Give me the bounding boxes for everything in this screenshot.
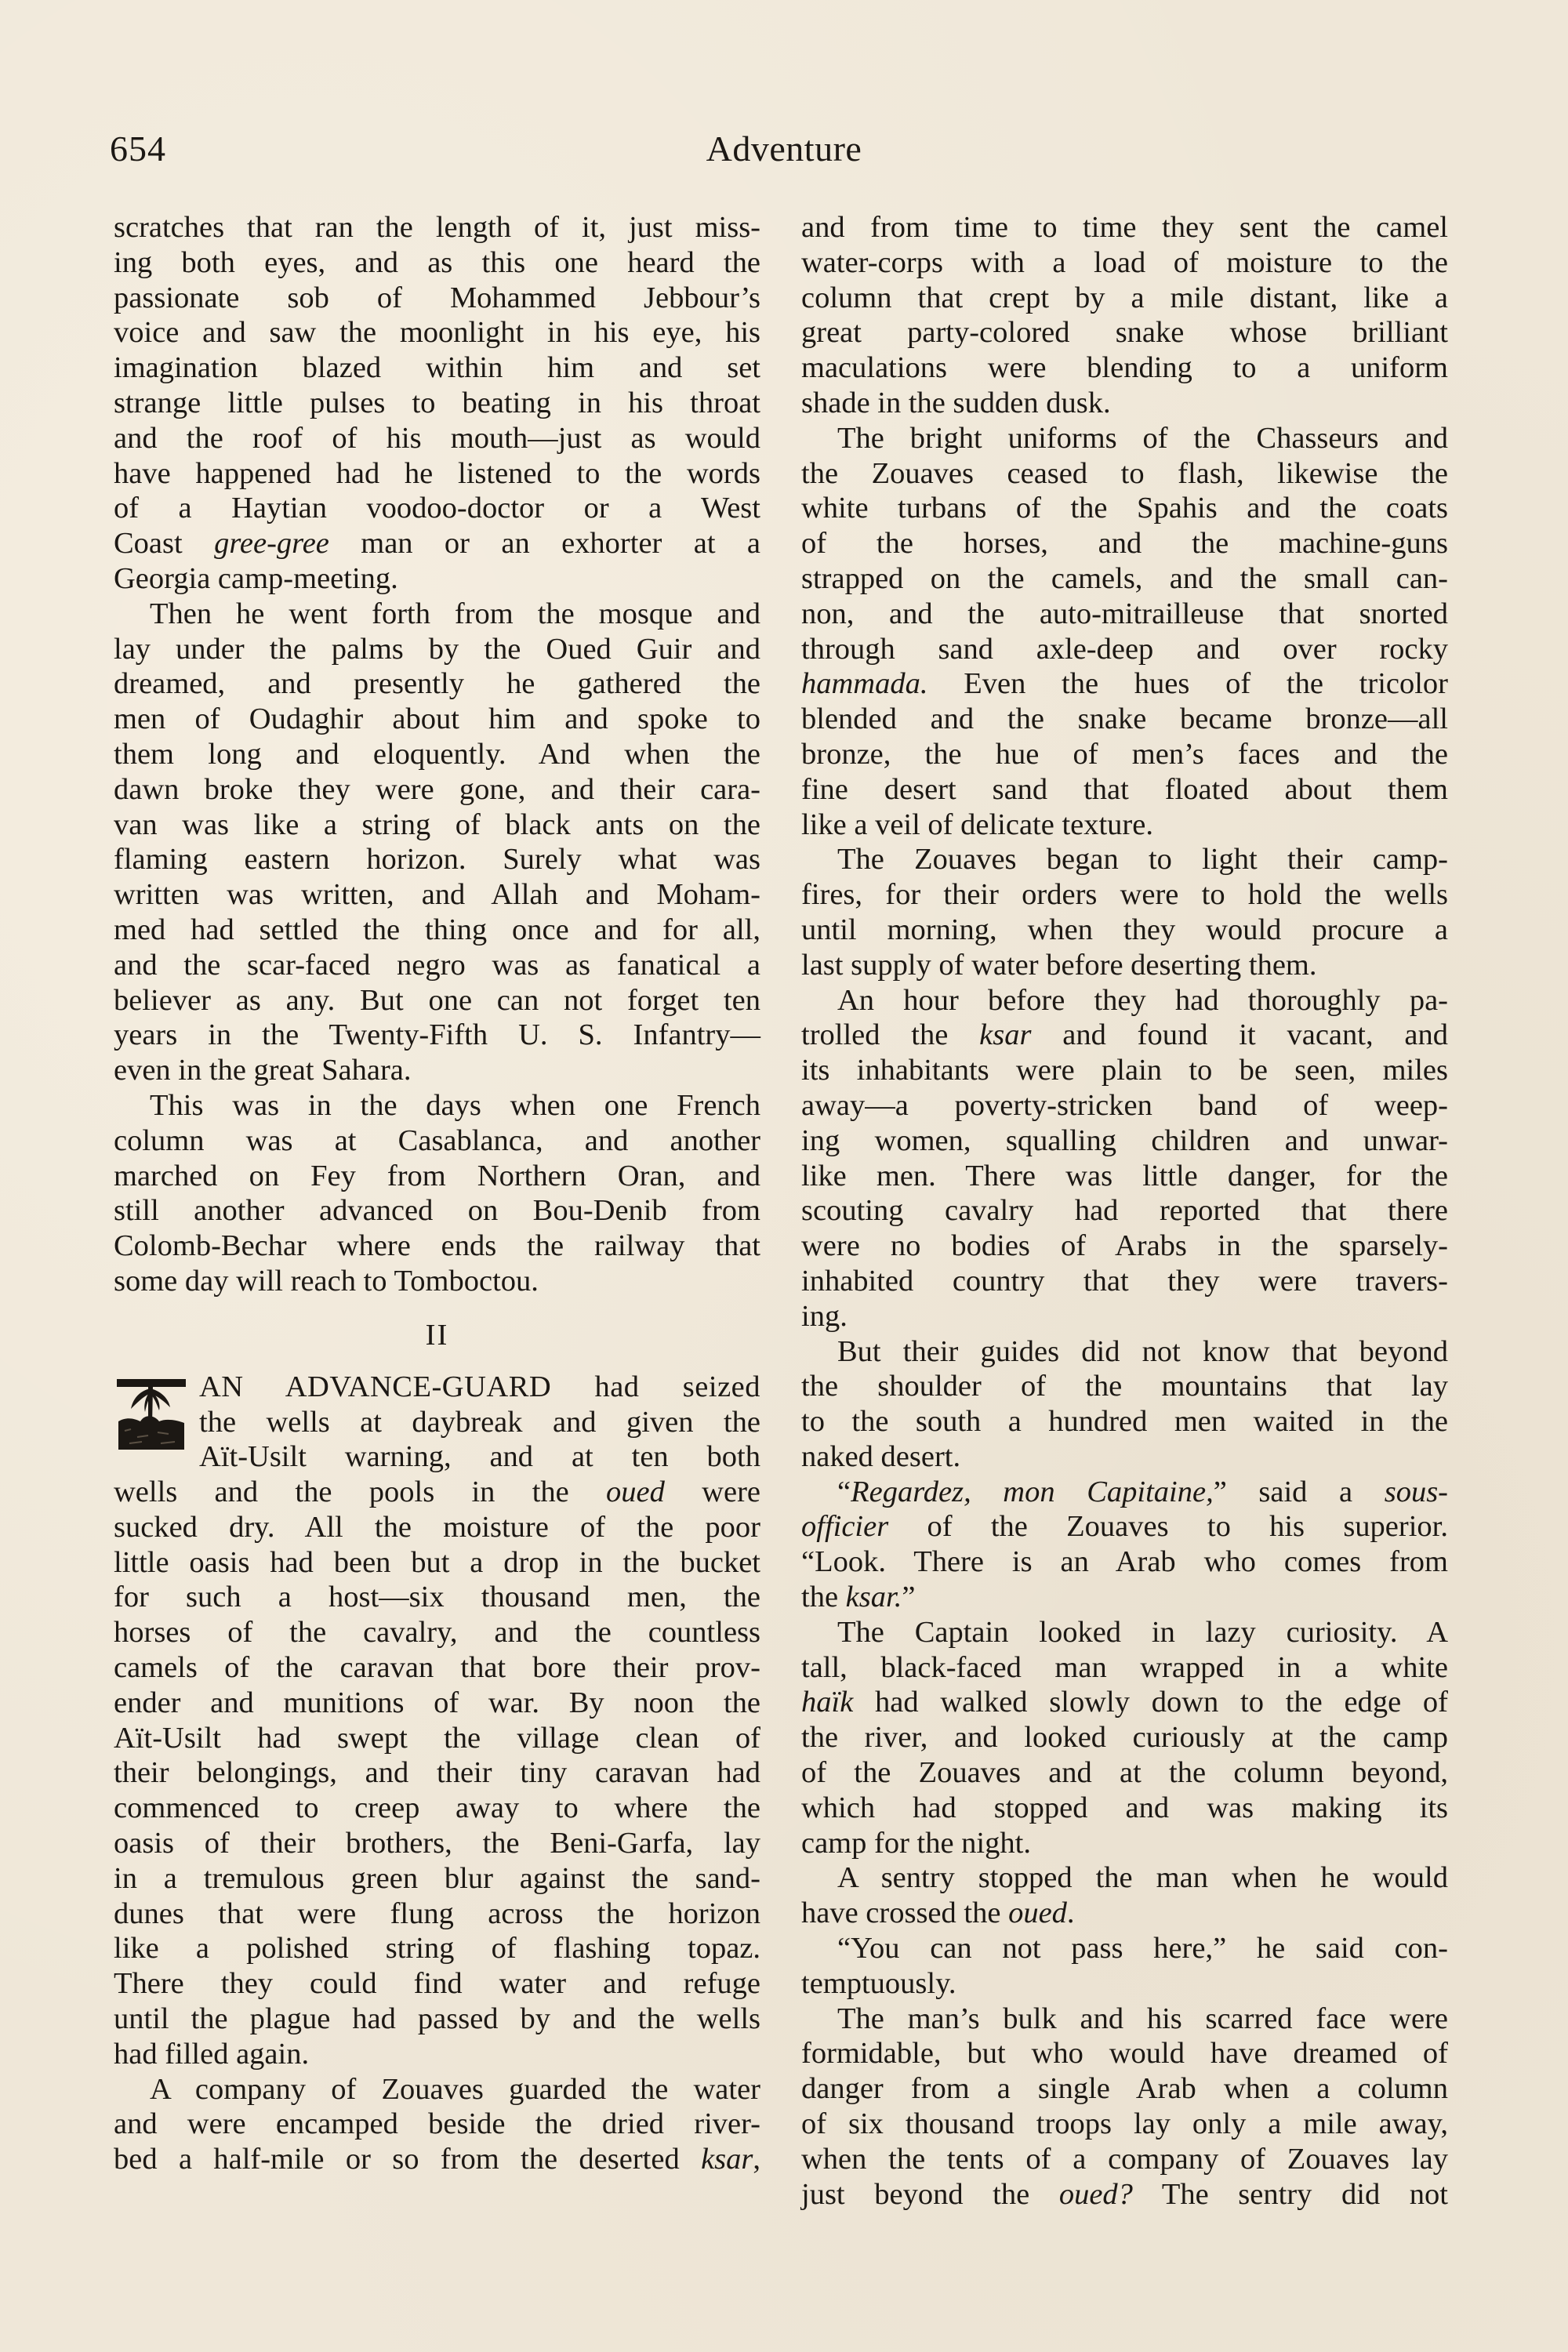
paragraph: The man’s bulk and his scarred face were… xyxy=(801,2002,1448,2212)
text-line: last supply of water before deserting th… xyxy=(801,948,1448,983)
text-line: its inhabitants were plain to be seen, m… xyxy=(801,1053,1448,1088)
italic-term: officier xyxy=(801,1510,888,1543)
text-line: non, and the auto-mitrailleuse that snor… xyxy=(801,597,1448,632)
paragraph: “You can not pass here,” he said con- te… xyxy=(801,1931,1448,2002)
text-run: trolled the xyxy=(801,1018,979,1051)
text-line: in a tremulous green blur against the sa… xyxy=(114,1861,760,1896)
text-line: Georgia camp-meeting. xyxy=(114,561,760,597)
text-run: bed a half-mile or so from the deserted xyxy=(114,2143,701,2176)
text-line: The bright uniforms of the Chasseurs and xyxy=(801,421,1448,456)
text-line: believer as any. But one can not forget … xyxy=(114,983,760,1018)
text-line: even in the great Sahara. xyxy=(114,1053,760,1088)
text-line: and the roof of his mouth—just as would xyxy=(114,421,760,456)
text-line: until morning, when they would procure a xyxy=(801,913,1448,948)
text-line: written was written, and Allah and Moham… xyxy=(114,877,760,913)
text-run: just beyond the xyxy=(801,2178,1059,2211)
text-line: like a polished string of flashing topaz… xyxy=(114,1931,760,1966)
text-line: bronze, the hue of men’s faces and the xyxy=(801,737,1448,772)
text-run: , xyxy=(753,2143,760,2176)
text-line: Colomb-Bechar where ends the railway tha… xyxy=(114,1229,760,1264)
text-line: tall, black-faced man wrapped in a white xyxy=(801,1650,1448,1686)
text-run: wells and the pools in the xyxy=(114,1475,606,1508)
text-line: which had stopped and was making its xyxy=(801,1791,1448,1826)
text-line: great party-colored snake whose brillian… xyxy=(801,315,1448,350)
text-line: ing both eyes, and as this one heard the xyxy=(114,245,760,281)
text-line: blended and the snake became bronze—all xyxy=(801,702,1448,737)
text-line: to the south a hundred men waited in the xyxy=(801,1404,1448,1439)
text-line: have happened had he listened to the wor… xyxy=(114,456,760,492)
text-line: column that crept by a mile distant, lik… xyxy=(801,281,1448,316)
text-line: have crossed the oued. xyxy=(801,1896,1448,1931)
italic-term: ksar xyxy=(979,1018,1031,1051)
text-line: column was at Casablanca, and another xyxy=(114,1123,760,1159)
text-line: haïk had walked slowly down to the edge … xyxy=(801,1685,1448,1720)
text-line: lay under the palms by the Oued Guir and xyxy=(114,632,760,667)
text-line: ing. xyxy=(801,1299,1448,1334)
text-line: horses of the cavalry, and the countless xyxy=(114,1615,760,1650)
text-line: scratches that ran the length of it, jus… xyxy=(114,210,760,245)
italic-term: hammada. xyxy=(801,667,927,700)
text-line: of the Zouaves and at the column beyond, xyxy=(801,1755,1448,1791)
left-column: scratches that ran the length of it, jus… xyxy=(114,210,760,2177)
text-run: ” xyxy=(902,1581,915,1613)
italic-term: oued xyxy=(606,1475,665,1508)
text-run: Even the hues of the tricolor xyxy=(927,667,1448,700)
paragraph: The Captain looked in lazy curiosity. A … xyxy=(801,1615,1448,1861)
text-line: of a Haytian voodoo-doctor or a West xyxy=(114,491,760,526)
text-line: had filled again. xyxy=(114,2037,760,2072)
text-line: water-corps with a load of moisture to t… xyxy=(801,245,1448,281)
paragraph: “Regardez, mon Capitaine,” said a sous- … xyxy=(801,1475,1448,1615)
text-line: like men. There was little danger, for t… xyxy=(801,1159,1448,1194)
text-line: voice and saw the moonlight in his eye, … xyxy=(114,315,760,350)
text-line: some day will reach to Tomboctou. xyxy=(114,1264,760,1299)
paragraph: A company of Zouaves guarded the water a… xyxy=(114,2072,760,2177)
text-line: them long and eloquently. And when the xyxy=(114,737,760,772)
text-line: The Zouaves began to light their camp- xyxy=(801,842,1448,877)
text-line: But their guides did not know that beyon… xyxy=(801,1334,1448,1370)
paragraph-with-drop-cap: AN ADVANCE-GUARD had seized the wells at… xyxy=(114,1370,760,2072)
text-line: AN ADVANCE-GUARD had seized xyxy=(114,1370,760,1405)
paragraph: But their guides did not know that beyon… xyxy=(801,1334,1448,1475)
text-line: danger from a single Arab when a column xyxy=(801,2071,1448,2107)
text-line: camels of the caravan that bore their pr… xyxy=(114,1650,760,1686)
italic-term: haïk xyxy=(801,1686,853,1719)
text-line: There they could find water and refuge xyxy=(114,1966,760,2002)
text-line: little oasis had been but a drop in the … xyxy=(114,1545,760,1581)
text-run: and found it vacant, and xyxy=(1031,1018,1448,1051)
text-line: dawn broke they were gone, and their car… xyxy=(114,772,760,808)
text-line: hammada. Even the hues of the tricolor xyxy=(801,666,1448,702)
text-line: This was in the days when one French xyxy=(114,1088,760,1123)
paragraph: The bright uniforms of the Chasseurs and… xyxy=(801,421,1448,843)
italic-term: oued? xyxy=(1059,2178,1133,2211)
magazine-page: 654 Adventure scratches that ran the len… xyxy=(0,0,1568,2352)
text-run: were xyxy=(665,1475,760,1508)
text-line: just beyond the oued? The sentry did not xyxy=(801,2177,1448,2212)
italic-term: ksar. xyxy=(846,1581,902,1613)
text-line: temptuously. xyxy=(801,1966,1448,2002)
journal-title: Adventure xyxy=(110,125,1458,172)
text-line: imagination blazed within him and set xyxy=(114,350,760,386)
text-line: the Zouaves ceased to flash, likewise th… xyxy=(801,456,1448,492)
paragraph: An hour before they had thoroughly pa- t… xyxy=(801,983,1448,1334)
paragraph: This was in the days when one French col… xyxy=(114,1088,760,1299)
text-line: bed a half-mile or so from the deserted … xyxy=(114,2142,760,2177)
italic-term: Regardez, mon Capitaine, xyxy=(851,1475,1214,1508)
text-line: when the tents of a company of Zouaves l… xyxy=(801,2142,1448,2177)
text-line: camp for the night. xyxy=(801,1826,1448,1861)
text-line: ing women, squalling children and unwar- xyxy=(801,1123,1448,1159)
text-line: commenced to creep away to where the xyxy=(114,1791,760,1826)
text-line: ender and munitions of war. By noon the xyxy=(114,1686,760,1721)
paragraph: scratches that ran the length of it, jus… xyxy=(114,210,760,597)
text-line: of six thousand troops lay only a mile a… xyxy=(801,2107,1448,2142)
text-line: Aït-Usilt warning, and at ten both xyxy=(114,1439,760,1475)
text-line: “You can not pass here,” he said con- xyxy=(801,1931,1448,1966)
text-line: dunes that were flung across the horizon xyxy=(114,1896,760,1932)
text-run: The sentry did not xyxy=(1133,2178,1448,2211)
text-line: formidable, but who would have dreamed o… xyxy=(801,2036,1448,2071)
text-line: flaming eastern horizon. Surely what was xyxy=(114,842,760,877)
text-line: trolled the ksar and found it vacant, an… xyxy=(801,1018,1448,1053)
text-run: of the Zouaves to his superior. xyxy=(888,1510,1448,1543)
text-line: still another advanced on Bou-Denib from xyxy=(114,1193,760,1229)
text-line: their belongings, and their tiny caravan… xyxy=(114,1755,760,1791)
text-line: The man’s bulk and his scarred face were xyxy=(801,2002,1448,2037)
italic-term: gree-gree xyxy=(214,527,329,560)
text-line: away—a poverty-stricken band of weep- xyxy=(801,1088,1448,1123)
text-line: A sentry stopped the man when he would xyxy=(801,1860,1448,1896)
text-line: med had settled the thing once and for a… xyxy=(114,913,760,948)
italic-term: oued xyxy=(1008,1896,1067,1929)
text-run: have crossed the xyxy=(801,1896,1008,1929)
text-line: and the scar-faced negro was as fanatica… xyxy=(114,948,760,983)
paragraph: The Zouaves began to light their camp- f… xyxy=(801,842,1448,982)
text-line: the wells at daybreak and given the xyxy=(114,1405,760,1440)
text-line: for such a host—six thousand men, the xyxy=(114,1580,760,1615)
right-column: and from time to time they sent the came… xyxy=(801,210,1448,2212)
text-line: A company of Zouaves guarded the water xyxy=(114,2072,760,2107)
text-run: “ xyxy=(837,1475,851,1508)
text-line: wells and the pools in the oued were xyxy=(114,1475,760,1510)
paragraph: A sentry stopped the man when he would h… xyxy=(801,1860,1448,1931)
text-line: sucked dry. All the moisture of the poor xyxy=(114,1510,760,1545)
running-head: 654 Adventure xyxy=(110,125,1458,172)
text-run: . xyxy=(1067,1896,1075,1929)
text-line: the shoulder of the mountains that lay xyxy=(801,1369,1448,1404)
text-line: scouting cavalry had reported that there xyxy=(801,1193,1448,1229)
text-line: oasis of their brothers, the Beni-Garfa,… xyxy=(114,1826,760,1861)
text-line: Aït-Usilt had swept the village clean of xyxy=(114,1721,760,1756)
text-run: the xyxy=(801,1581,846,1613)
text-line: fine desert sand that floated about them xyxy=(801,772,1448,808)
text-line: Coast gree-gree man or an exhorter at a xyxy=(114,526,760,561)
text-line: passionate sob of Mohammed Jebbour’s xyxy=(114,281,760,316)
italic-term: sous- xyxy=(1385,1475,1448,1508)
text-line: The Captain looked in lazy curiosity. A xyxy=(801,1615,1448,1650)
text-line: strange little pulses to beating in his … xyxy=(114,386,760,421)
text-run: Coast xyxy=(114,527,214,560)
text-line: years in the Twenty-Fifth U. S. Infantry… xyxy=(114,1018,760,1053)
text-run: man or an exhorter at a xyxy=(329,527,760,560)
text-line: naked desert. xyxy=(801,1439,1448,1475)
paragraph: and from time to time they sent the came… xyxy=(801,210,1448,421)
text-line: the ksar.” xyxy=(801,1580,1448,1615)
text-line: “Regardez, mon Capitaine,” said a sous- xyxy=(801,1475,1448,1510)
text-run: ” said a xyxy=(1214,1475,1385,1508)
text-line: officier of the Zouaves to his superior. xyxy=(801,1509,1448,1544)
text-line: and were encamped beside the dried river… xyxy=(114,2107,760,2142)
text-line: the river, and looked curiously at the c… xyxy=(801,1720,1448,1755)
text-line: men of Oudaghir about him and spoke to xyxy=(114,702,760,737)
text-line: until the plague had passed by and the w… xyxy=(114,2002,760,2037)
section-heading: II xyxy=(114,1318,760,1370)
text-line: inhabited country that they were travers… xyxy=(801,1264,1448,1299)
text-line: maculations were blending to a uniform xyxy=(801,350,1448,386)
text-line: through sand axle-deep and over rocky xyxy=(801,632,1448,667)
text-line: van was like a string of black ants on t… xyxy=(114,808,760,843)
text-line: and from time to time they sent the came… xyxy=(801,210,1448,245)
text-run: had walked slowly down to the edge of xyxy=(853,1686,1448,1719)
text-line: like a veil of delicate texture. xyxy=(801,808,1448,843)
paragraph: Then he went forth from the mosque and l… xyxy=(114,597,760,1088)
text-line: marched on Fey from Northern Oran, and xyxy=(114,1159,760,1194)
italic-term: ksar xyxy=(701,2143,753,2176)
text-line: “Look. There is an Arab who comes from xyxy=(801,1544,1448,1580)
text-line: shade in the sudden dusk. xyxy=(801,386,1448,421)
text-line: strapped on the camels, and the small ca… xyxy=(801,561,1448,597)
text-line: An hour before they had thoroughly pa- xyxy=(801,983,1448,1018)
text-line: fires, for their orders were to hold the… xyxy=(801,877,1448,913)
text-line: white turbans of the Spahis and the coat… xyxy=(801,491,1448,526)
text-line: dreamed, and presently he gathered the xyxy=(114,666,760,702)
text-line: were no bodies of Arabs in the sparsely- xyxy=(801,1229,1448,1264)
text-line: Then he went forth from the mosque and xyxy=(114,597,760,632)
palm-tree-drop-cap-icon xyxy=(114,1374,188,1453)
text-line: of the horses, and the machine-guns xyxy=(801,526,1448,561)
